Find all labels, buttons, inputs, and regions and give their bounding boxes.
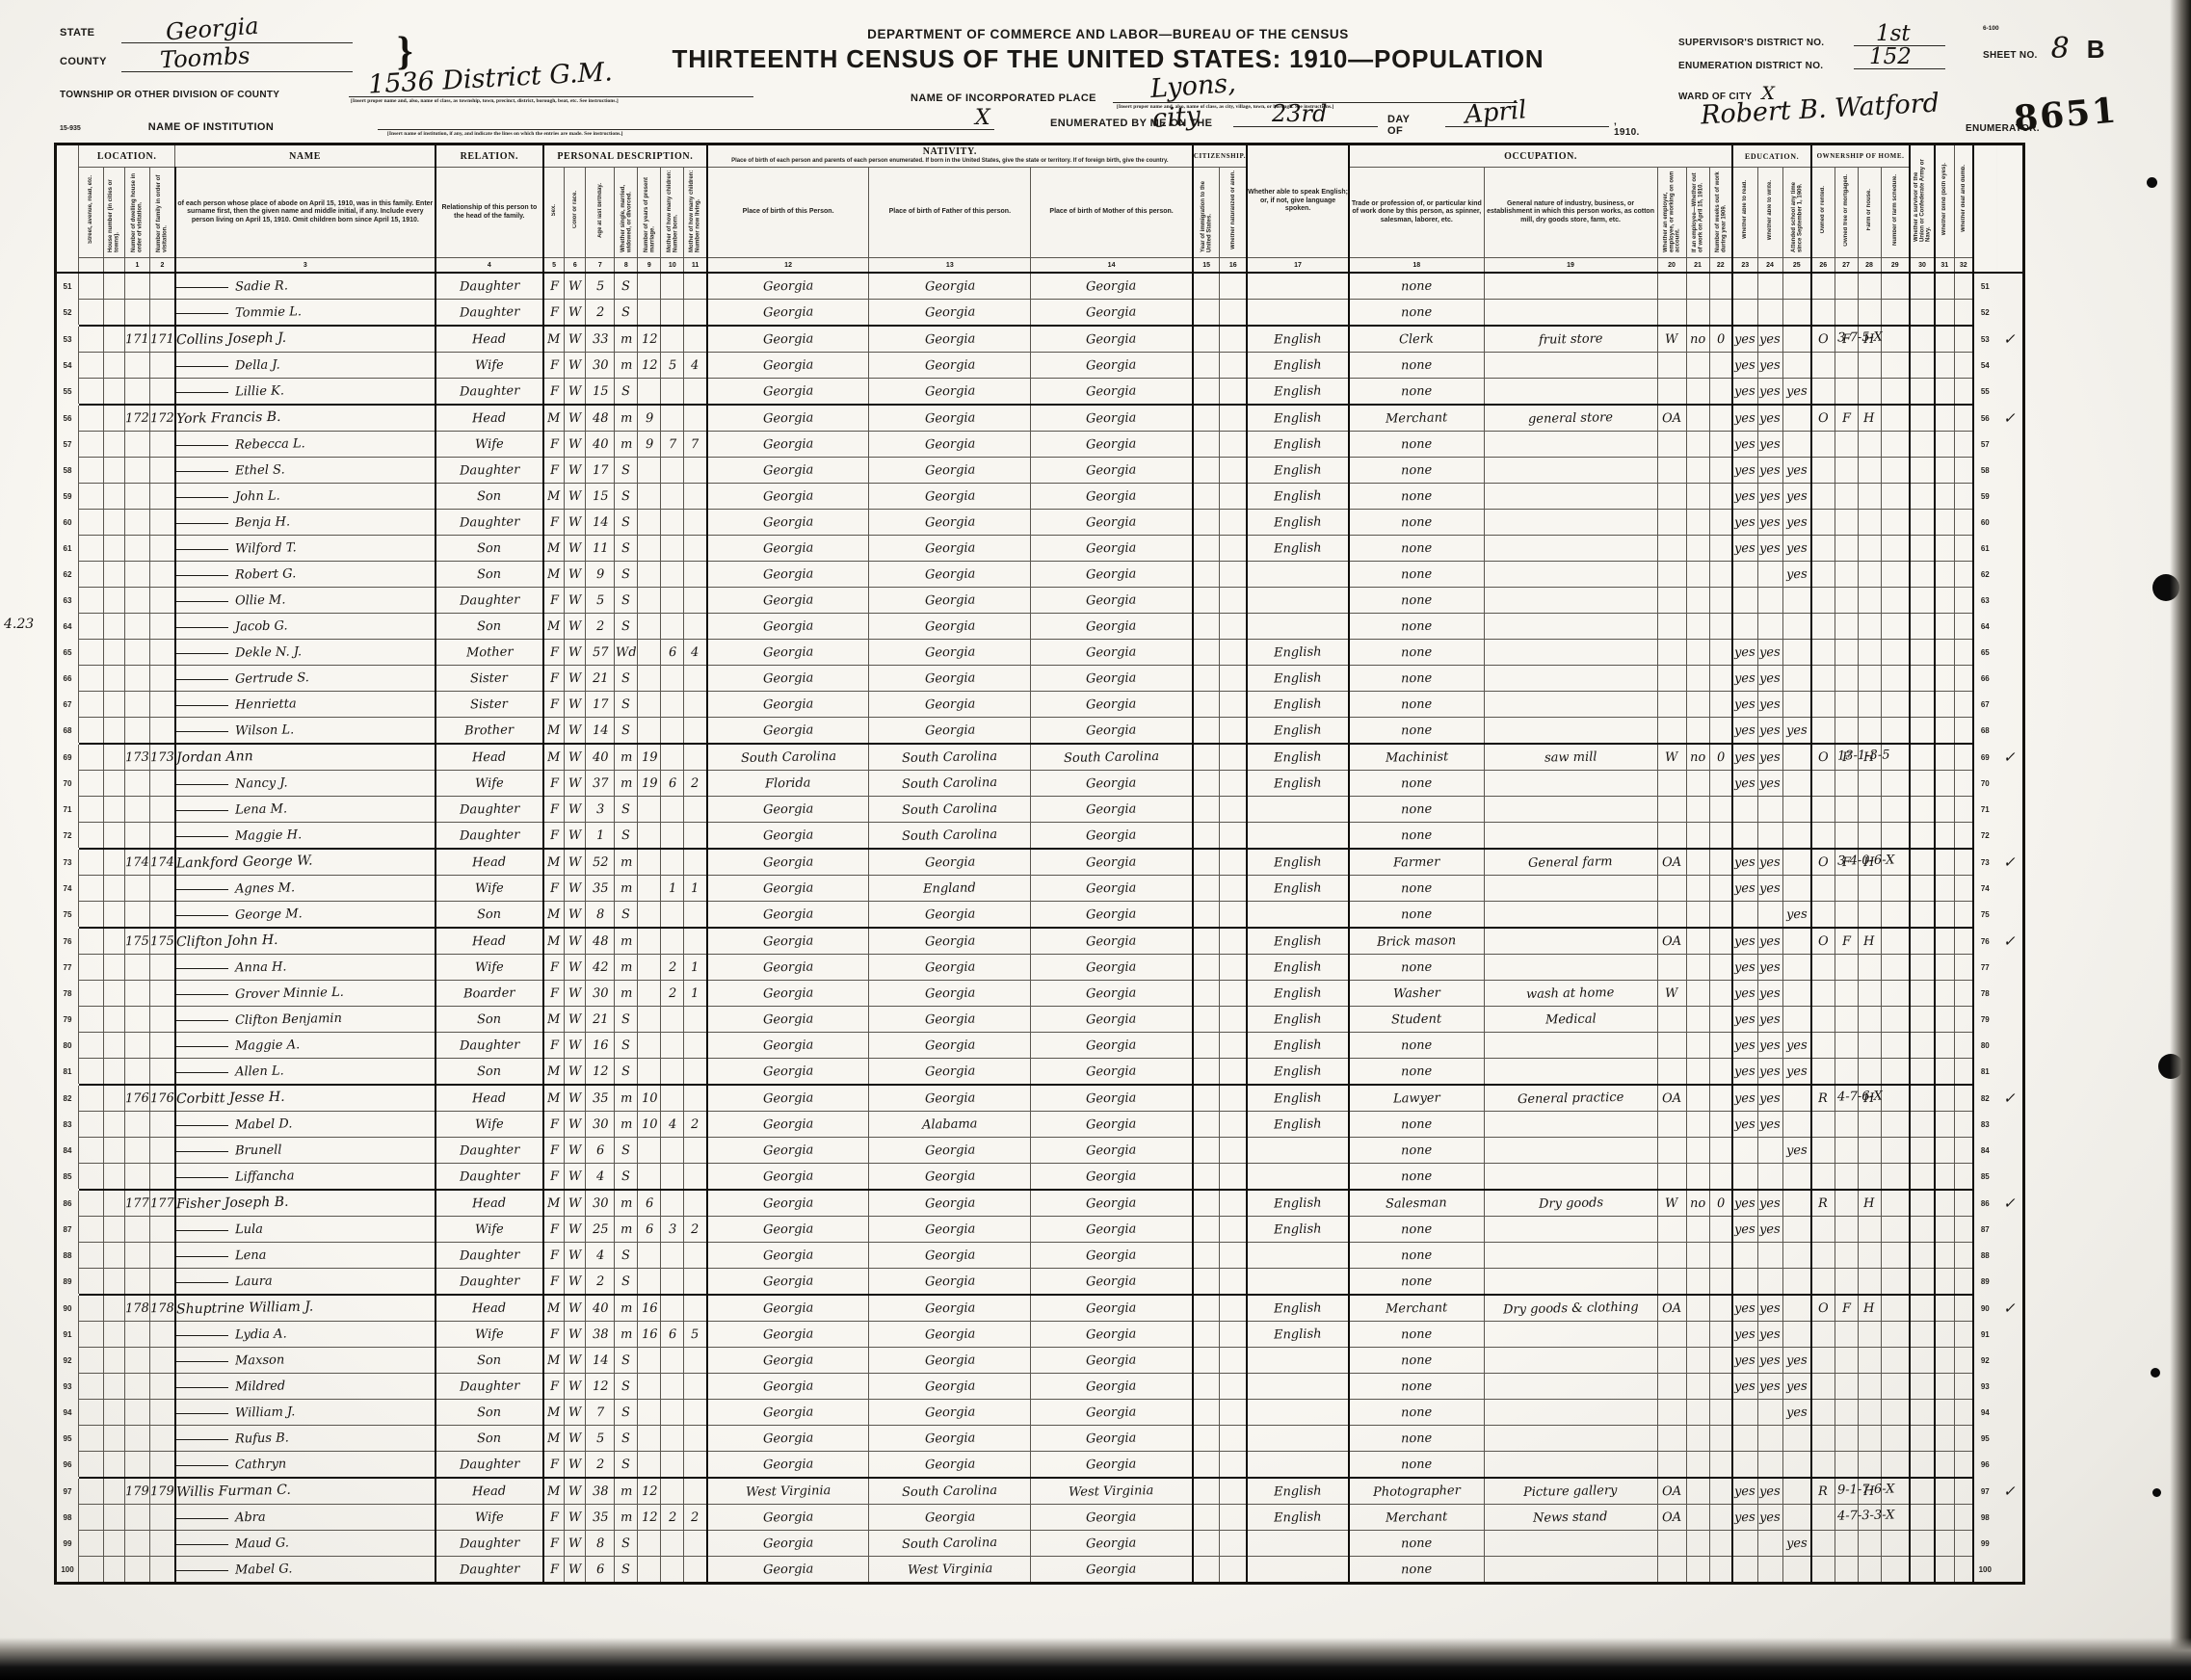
cell-bl (1935, 1007, 1954, 1033)
colhead-sc: Attended school any time since September… (1782, 168, 1811, 258)
cell-im (1193, 640, 1220, 666)
cell-st (79, 614, 104, 640)
cell-nm: Rufus B. (175, 1426, 436, 1452)
cell-rd: yes (1732, 536, 1757, 562)
cell-cl (684, 692, 707, 718)
cell-tr: none (1349, 955, 1484, 981)
cell-tr: Farmer (1349, 849, 1484, 876)
cell-wk (1709, 640, 1732, 666)
cell-rd: yes (1732, 1322, 1757, 1348)
cell-vt (1910, 744, 1935, 771)
cell-bl (1935, 744, 1954, 771)
cell-in: fruit store (1484, 326, 1657, 353)
cell-na (1220, 692, 1247, 718)
cell-o (1811, 1217, 1835, 1243)
cell-wk (1709, 432, 1732, 458)
cell-p2: Georgia (869, 1059, 1031, 1086)
cell-in: wash at home (1484, 981, 1657, 1007)
cell-p2: South Carolina (869, 823, 1031, 850)
enumerated-month: April (1464, 95, 1528, 130)
cell-hn (104, 588, 125, 614)
check-mark (1996, 1059, 2023, 1086)
cell-wk: 0 (1709, 744, 1732, 771)
cell-rl: Head (436, 1478, 543, 1505)
cell-vt (1910, 1112, 1935, 1138)
cell-cr: W (565, 1059, 586, 1086)
cell-dw: 177 (125, 1190, 150, 1217)
cell-fh (1858, 300, 1881, 327)
cell-wr: yes (1757, 1190, 1782, 1217)
cell-p1: Georgia (707, 1374, 869, 1400)
cell-em (1657, 955, 1686, 981)
cell-o (1811, 1452, 1835, 1479)
cell-im (1193, 981, 1220, 1007)
cell-in (1484, 1400, 1657, 1426)
cell-cb: 6 (661, 640, 684, 666)
cell-na (1220, 1426, 1247, 1452)
line-number-right: 83 (1973, 1112, 1996, 1138)
check-mark (1996, 666, 2023, 692)
cell-na (1220, 744, 1247, 771)
cell-bl (1935, 1295, 1954, 1322)
cell-ow: no (1686, 744, 1709, 771)
cell-im (1193, 484, 1220, 510)
cell-f (150, 614, 175, 640)
cell-in: General farm (1484, 849, 1657, 876)
cell-na (1220, 1085, 1247, 1112)
cell-in (1484, 484, 1657, 510)
cell-st (79, 1138, 104, 1164)
cell-sc (1782, 849, 1811, 876)
cell-f (150, 797, 175, 823)
cell-p2: Georgia (869, 273, 1031, 300)
ditto-dash (176, 1413, 228, 1414)
cell-nm: Jacob G. (175, 614, 436, 640)
cell-en (1247, 1557, 1349, 1584)
cell-em (1657, 1059, 1686, 1086)
cell-ms: S (615, 484, 638, 510)
cell-bl (1935, 771, 1954, 797)
cell-p1: Georgia (707, 666, 869, 692)
cell-p2: West Virginia (869, 1557, 1031, 1584)
cell-wr: yes (1757, 718, 1782, 745)
colnum-ym: 9 (638, 258, 661, 274)
cell-wr: yes (1757, 771, 1782, 797)
cell-p1: Georgia (707, 562, 869, 588)
cell-na (1220, 1138, 1247, 1164)
cell-hn (104, 1059, 125, 1086)
cell-df (1954, 1348, 1973, 1374)
cell-rl: Wife (436, 353, 543, 379)
line-number-left: 71 (56, 797, 79, 823)
census-row: 100Mabel G.DaughterFW6SGeorgiaWest Virgi… (56, 1557, 2024, 1584)
cell-vt (1910, 562, 1935, 588)
line-number-right: 93 (1973, 1374, 1996, 1400)
cell-cr: W (565, 902, 586, 929)
cell-cl (684, 510, 707, 536)
cell-st (79, 1531, 104, 1557)
cell-p2: Georgia (869, 928, 1031, 955)
cell-wr: yes (1757, 955, 1782, 981)
cell-wk (1709, 1374, 1732, 1400)
institution-label: Name of Institution (148, 121, 274, 133)
cell-en: English (1247, 771, 1349, 797)
census-row: 82176176Corbitt Jesse H.HeadMW35m10Georg… (56, 1085, 2024, 1112)
check-mark (1996, 379, 2023, 406)
ditto-dash (176, 731, 228, 732)
cell-wr: yes (1757, 458, 1782, 484)
cell-nm: Benja H. (175, 510, 436, 536)
colnum-p2: 13 (869, 258, 1031, 274)
cell-an (1881, 484, 1910, 510)
census-row: 77Anna H.WifeFW42m21GeorgiaGeorgiaGeorgi… (56, 955, 2024, 981)
cell-p1: Georgia (707, 1531, 869, 1557)
cell-cl (684, 379, 707, 406)
cell-rd (1732, 273, 1757, 300)
cell-wr (1757, 902, 1782, 929)
cell-fh (1858, 1112, 1881, 1138)
cell-dw: 175 (125, 928, 150, 955)
cell-nm: York Francis B. (175, 405, 436, 432)
cell-cb (661, 326, 684, 353)
cell-f (150, 955, 175, 981)
cell-an: 4-7-3-3-X (1881, 1505, 1910, 1531)
cell-f (150, 588, 175, 614)
cell-rd (1732, 588, 1757, 614)
cell-fr (1835, 379, 1858, 406)
cell-wr (1757, 273, 1782, 300)
cell-fr (1835, 666, 1858, 692)
cell-fr (1835, 640, 1858, 666)
cell-sx: M (543, 1348, 565, 1374)
ditto-dash (176, 1151, 228, 1152)
colhead-em: Whether an employer, employee, or workin… (1657, 168, 1686, 258)
cell-in: Dry goods (1484, 1190, 1657, 1217)
cell-rl: Head (436, 1190, 543, 1217)
census-row: 81Allen L.SonMW12SGeorgiaGeorgiaGeorgiaE… (56, 1059, 2024, 1086)
cell-sc: yes (1782, 1138, 1811, 1164)
cell-ag: 15 (586, 379, 615, 406)
cell-cr: W (565, 1190, 586, 1217)
cell-sc: yes (1782, 536, 1811, 562)
line-number-left: 62 (56, 562, 79, 588)
cell-cr: W (565, 1557, 586, 1584)
cell-sc (1782, 771, 1811, 797)
cell-cl: 2 (684, 1217, 707, 1243)
cell-dw (125, 273, 150, 300)
cell-em (1657, 1269, 1686, 1296)
cell-f (150, 1007, 175, 1033)
cell-cl (684, 273, 707, 300)
colnum-o: 26 (1811, 258, 1835, 274)
cell-nm: Allen L. (175, 1059, 436, 1086)
cell-p3: Georgia (1031, 614, 1193, 640)
cell-ow (1686, 1085, 1709, 1112)
cell-ms: S (615, 562, 638, 588)
cell-dw (125, 797, 150, 823)
cell-df (1954, 981, 1973, 1007)
cell-dw: 178 (125, 1295, 150, 1322)
cell-sx: F (543, 1269, 565, 1296)
cell-fr (1835, 432, 1858, 458)
cell-p3: Georgia (1031, 273, 1193, 300)
cell-o (1811, 273, 1835, 300)
cell-f (150, 718, 175, 745)
cell-df (1954, 1190, 1973, 1217)
census-row: 74Agnes M.WifeFW35m11GeorgiaEnglandGeorg… (56, 876, 2024, 902)
cell-p3: Georgia (1031, 718, 1193, 745)
cell-p3: Georgia (1031, 1059, 1193, 1086)
cell-an (1881, 1452, 1910, 1479)
cell-tr: none (1349, 718, 1484, 745)
cell-hn (104, 1243, 125, 1269)
cell-rd (1732, 1557, 1757, 1584)
cell-rl: Son (436, 1007, 543, 1033)
cell-p2: England (869, 876, 1031, 902)
cell-an (1881, 1295, 1910, 1322)
cell-ym (638, 536, 661, 562)
cell-ym: 10 (638, 1085, 661, 1112)
cell-p3: Georgia (1031, 1138, 1193, 1164)
cell-ow (1686, 1164, 1709, 1191)
cell-nm: Della J. (175, 353, 436, 379)
check-mark (1996, 588, 2023, 614)
cell-ag: 17 (586, 692, 615, 718)
cell-fh (1858, 1033, 1881, 1059)
cell-na (1220, 1531, 1247, 1557)
cell-nm: Jordan Ann (175, 744, 436, 771)
cell-dw (125, 1033, 150, 1059)
cell-df (1954, 614, 1973, 640)
cell-sx: M (543, 1085, 565, 1112)
cell-p2: Georgia (869, 1295, 1031, 1322)
cell-cb (661, 1348, 684, 1374)
cell-o (1811, 458, 1835, 484)
colnum-cr: 6 (565, 258, 586, 274)
cell-ow (1686, 1348, 1709, 1374)
cell-fr (1835, 510, 1858, 536)
colhead-rl: Relationship of this person to the head … (436, 168, 543, 258)
cell-o: O (1811, 744, 1835, 771)
cell-em (1657, 692, 1686, 718)
check-mark (1996, 1400, 2023, 1426)
line-number-right: 62 (1973, 562, 1996, 588)
cell-sc (1782, 353, 1811, 379)
cell-p1: Georgia (707, 981, 869, 1007)
cell-wr: yes (1757, 1085, 1782, 1112)
cell-wk (1709, 1348, 1732, 1374)
group-education: EDUCATION. (1732, 144, 1811, 168)
cell-ms: S (615, 458, 638, 484)
cell-o (1811, 640, 1835, 666)
cell-p1: Georgia (707, 797, 869, 823)
line-number-left: 81 (56, 1059, 79, 1086)
cell-ym (638, 1059, 661, 1086)
cell-wk (1709, 510, 1732, 536)
cell-in (1484, 458, 1657, 484)
cell-vt (1910, 718, 1935, 745)
cell-cl (684, 1348, 707, 1374)
cell-em (1657, 771, 1686, 797)
cell-im (1193, 1557, 1220, 1584)
cell-ag: 35 (586, 1505, 615, 1531)
line-number-right: 59 (1973, 484, 1996, 510)
cell-wr: yes (1757, 484, 1782, 510)
cell-dw (125, 353, 150, 379)
cell-sx: F (543, 666, 565, 692)
line-number-right: 91 (1973, 1322, 1996, 1348)
cell-tr: none (1349, 1400, 1484, 1426)
cell-tr: none (1349, 614, 1484, 640)
cell-df (1954, 1138, 1973, 1164)
cell-cl (684, 588, 707, 614)
cell-fr (1835, 1164, 1858, 1191)
cell-wk: 0 (1709, 1190, 1732, 1217)
cell-o (1811, 1505, 1835, 1531)
cell-p3: Georgia (1031, 1400, 1193, 1426)
cell-sx: F (543, 432, 565, 458)
line-number-left: 68 (56, 718, 79, 745)
cell-ms: S (615, 718, 638, 745)
cell-cb (661, 484, 684, 510)
cell-in (1484, 1033, 1657, 1059)
cell-nm: Mabel D. (175, 1112, 436, 1138)
cell-na (1220, 1557, 1247, 1584)
cell-p1: Georgia (707, 1190, 869, 1217)
check-mark (1996, 1217, 2023, 1243)
cell-em: OA (1657, 849, 1686, 876)
cell-p1: Georgia (707, 510, 869, 536)
cell-fr (1835, 1452, 1858, 1479)
cell-rl: Wife (436, 955, 543, 981)
cell-ag: 11 (586, 536, 615, 562)
cell-wk (1709, 823, 1732, 850)
sheet-value: 8 (2051, 32, 2070, 66)
cell-bl (1935, 1400, 1954, 1426)
cell-ag: 35 (586, 1085, 615, 1112)
cell-en: English (1247, 1217, 1349, 1243)
cell-wr: yes (1757, 928, 1782, 955)
cell-f (150, 1374, 175, 1400)
cell-in (1484, 1112, 1657, 1138)
cell-bl (1935, 1033, 1954, 1059)
cell-p2: Georgia (869, 1085, 1031, 1112)
cell-sx: M (543, 902, 565, 929)
cell-df (1954, 300, 1973, 327)
check-mark (1996, 640, 2023, 666)
colhead-in: General nature of industry, business, or… (1484, 168, 1657, 258)
cell-nm: Lillie K. (175, 379, 436, 406)
cell-ms: S (615, 1269, 638, 1296)
cell-vt (1910, 1138, 1935, 1164)
census-row: 58Ethel S.DaughterFW17SGeorgiaGeorgiaGeo… (56, 458, 2024, 484)
cell-p2: Georgia (869, 1322, 1031, 1348)
cell-o (1811, 1059, 1835, 1086)
cell-cr: W (565, 640, 586, 666)
line-number-left: 72 (56, 823, 79, 850)
line-number-left: 67 (56, 692, 79, 718)
cell-en: English (1247, 849, 1349, 876)
cell-p1: Georgia (707, 823, 869, 850)
cell-p2: Georgia (869, 955, 1031, 981)
cell-cl (684, 1190, 707, 1217)
cell-ag: 14 (586, 718, 615, 745)
cell-wk (1709, 692, 1732, 718)
cell-df (1954, 744, 1973, 771)
cell-rl: Son (436, 536, 543, 562)
cell-st (79, 1452, 104, 1479)
cell-nm: Sadie R. (175, 273, 436, 300)
cell-sx: F (543, 1557, 565, 1584)
line-number-left: 99 (56, 1531, 79, 1557)
cell-f: 174 (150, 849, 175, 876)
cell-an: 3-7-5-X (1881, 326, 1910, 353)
cell-p2: Georgia (869, 1348, 1031, 1374)
cell-cr: W (565, 692, 586, 718)
cell-sx: F (543, 1531, 565, 1557)
cell-in: News stand (1484, 1505, 1657, 1531)
cell-p3: Georgia (1031, 1426, 1193, 1452)
cell-na (1220, 955, 1247, 981)
cell-o: O (1811, 849, 1835, 876)
cell-f (150, 1557, 175, 1584)
cell-vt (1910, 1426, 1935, 1452)
cell-ms: S (615, 666, 638, 692)
cell-na (1220, 326, 1247, 353)
census-row: 86177177Fisher Joseph B.HeadMW30m6Georgi… (56, 1190, 2024, 1217)
cell-hn (104, 692, 125, 718)
cell-en (1247, 1400, 1349, 1426)
cell-fh (1858, 353, 1881, 379)
cell-hn (104, 1033, 125, 1059)
colnum-cb: 10 (661, 258, 684, 274)
cell-wk (1709, 771, 1732, 797)
cell-tr: none (1349, 562, 1484, 588)
cell-sc (1782, 1426, 1811, 1452)
cell-an (1881, 588, 1910, 614)
cell-sx: F (543, 1452, 565, 1479)
cell-vt (1910, 1478, 1935, 1505)
cell-o (1811, 1269, 1835, 1296)
cell-rd (1732, 1531, 1757, 1557)
colnum-im: 15 (1193, 258, 1220, 274)
cell-sc: yes (1782, 562, 1811, 588)
cell-rd: yes (1732, 484, 1757, 510)
cell-o (1811, 1531, 1835, 1557)
cell-wr: yes (1757, 432, 1782, 458)
cell-em (1657, 353, 1686, 379)
cell-tr: none (1349, 273, 1484, 300)
cell-df (1954, 273, 1973, 300)
cell-im (1193, 928, 1220, 955)
cell-nm: Willis Furman C. (175, 1478, 436, 1505)
cell-ms: m (615, 876, 638, 902)
cell-cl (684, 1295, 707, 1322)
colhead-cl: Mother of how many children: Number now … (684, 168, 707, 258)
cell-ms: S (615, 1059, 638, 1086)
cell-em (1657, 1164, 1686, 1191)
colnum-tr: 18 (1349, 258, 1484, 274)
cell-nm: Mildred (175, 1374, 436, 1400)
cell-wr (1757, 1557, 1782, 1584)
check-mark (1996, 458, 2023, 484)
cell-st (79, 771, 104, 797)
line-number-right: 79 (1973, 1007, 1996, 1033)
census-row: 57Rebecca L.WifeFW40m977GeorgiaGeorgiaGe… (56, 432, 2024, 458)
line-number-left: 65 (56, 640, 79, 666)
cell-cb (661, 458, 684, 484)
cell-im (1193, 1478, 1220, 1505)
